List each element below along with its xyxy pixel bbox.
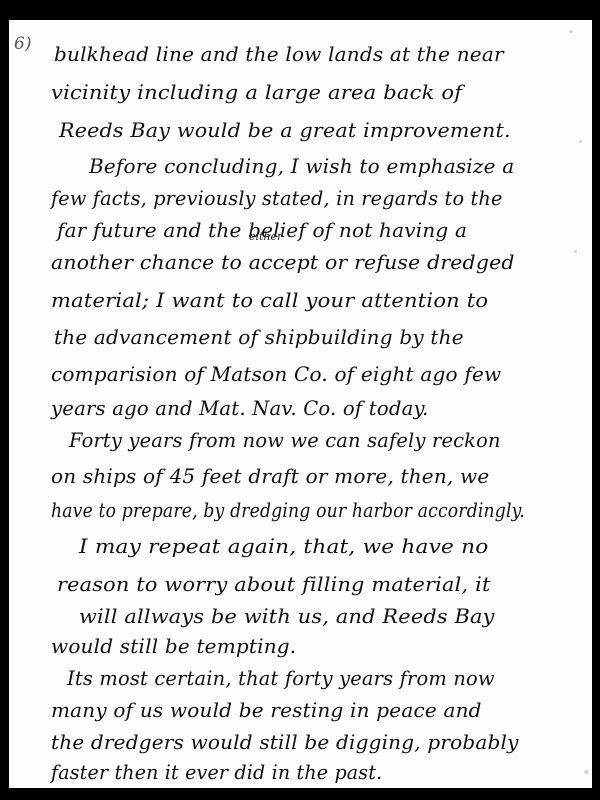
text-line: faster then it ever did in the past. xyxy=(51,760,382,784)
text-line: few facts, previously stated, in regards… xyxy=(51,186,503,210)
page-number: 6) xyxy=(14,34,31,54)
text-line: vicinity including a large area back of xyxy=(51,80,462,104)
text-line: the dredgers would still be digging, pro… xyxy=(51,730,519,754)
text-line: reason to worry about filling material, … xyxy=(57,572,491,596)
text-line: comparision of Matson Co. of eight ago f… xyxy=(51,362,501,386)
scan-speck xyxy=(579,140,582,143)
text-line: material; I want to call your attention … xyxy=(51,288,488,312)
scan-speck xyxy=(584,770,589,774)
text-line: Before concluding, I wish to emphasize a xyxy=(89,154,514,178)
text-line: will allways be with us, and Reeds Bay xyxy=(79,604,495,628)
handwritten-page: 6) bulkhead line and the low lands at th… xyxy=(9,20,592,788)
text-line: would still be tempting. xyxy=(51,634,296,658)
text-line: years ago and Mat. Nav. Co. of today. xyxy=(51,396,429,420)
text-line: have to prepare, by dredging our harbor … xyxy=(51,498,525,522)
text-line: the advancement of shipbuilding by the xyxy=(54,325,464,349)
text-line: Its most certain, that forty years from … xyxy=(67,666,495,690)
text-line: bulkhead line and the low lands at the n… xyxy=(54,42,504,66)
text-line: many of us would be resting in peace and xyxy=(51,698,482,722)
scan-speck xyxy=(569,30,573,33)
scan-speck xyxy=(574,250,577,253)
text-line: I may repeat again, that, we have no xyxy=(79,534,488,558)
text-line: Reeds Bay would be a great improvement. xyxy=(59,118,511,142)
text-line: Forty years from now we can safely recko… xyxy=(69,428,501,452)
text-line: another chance to accept or refuse dredg… xyxy=(51,250,515,274)
inserted-word-either: either xyxy=(249,230,282,243)
text-line: on ships of 45 feet draft or more, then,… xyxy=(51,464,489,488)
